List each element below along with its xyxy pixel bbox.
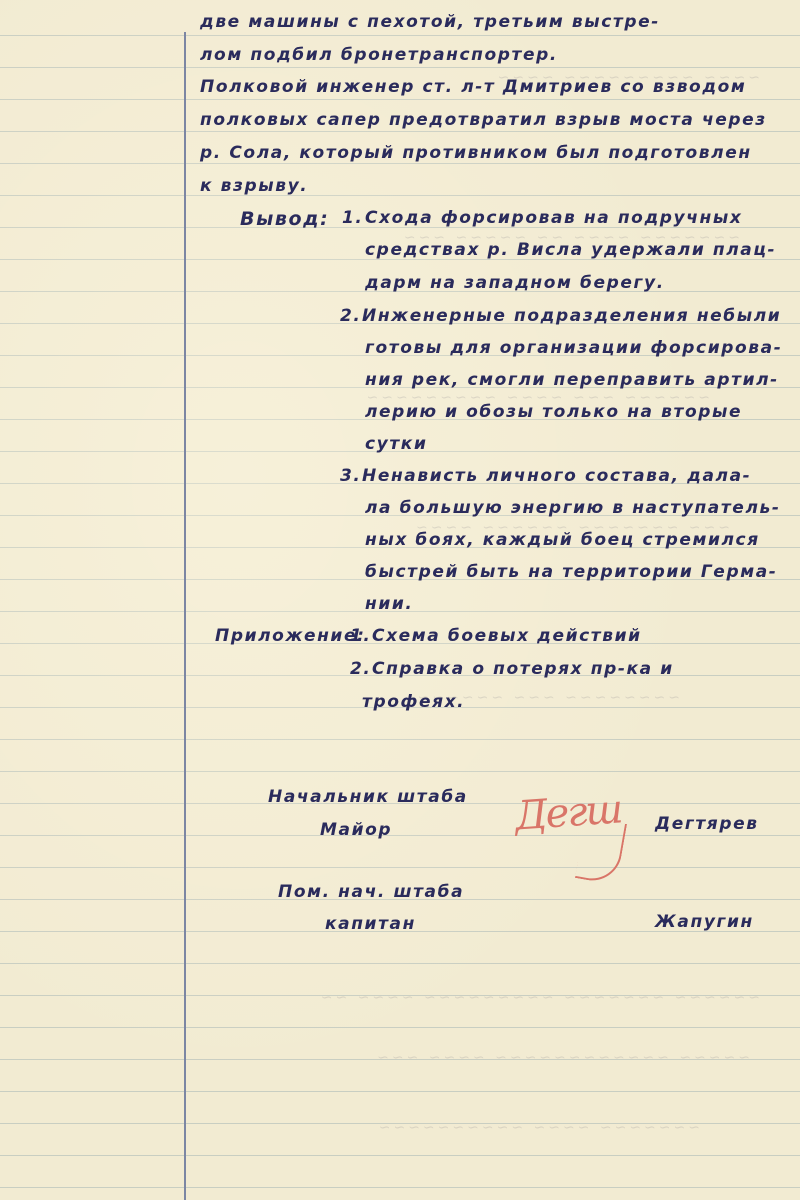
- body-line: к взрыву.: [200, 176, 308, 196]
- signatory-title: Пом. нач. штаба: [278, 882, 464, 902]
- conclusion-number: 2.: [340, 306, 362, 326]
- signatory-rank: Майор: [320, 820, 392, 840]
- appendix-line: Справка о потерях пр-ка и: [372, 659, 674, 679]
- conclusion-line: лерию и обозы только на вторые: [365, 402, 742, 422]
- body-line: р. Сола, который противником был подгото…: [200, 143, 752, 163]
- conclusion-line: ния рек, смогли переправить артил-: [365, 370, 779, 390]
- conclusion-line: нии.: [365, 594, 413, 614]
- conclusion-number: 3.: [340, 466, 362, 486]
- appendix-line: Схема боевых действий: [372, 626, 642, 646]
- conclusion-line: средствах р. Висла удержали плац-: [365, 240, 776, 260]
- appendix-line: трофеях.: [362, 692, 465, 712]
- conclusion-line: быстрей быть на территории Герма-: [365, 562, 777, 582]
- appendix-label: Приложение:: [215, 626, 365, 646]
- signature-flourish: [575, 817, 627, 885]
- conclusion-line: Схода форсировав на подручных: [365, 208, 742, 228]
- body-line: две машины с пехотой, третьим выстре-: [200, 12, 660, 32]
- conclusion-line: Инженерные подразделения небыли: [362, 306, 781, 326]
- signatory-name: Жапугин: [655, 912, 754, 932]
- appendix-number: 1.: [350, 626, 372, 646]
- margin-rule: [184, 32, 186, 1200]
- body-line: Полковой инженер ст. л-т Дмитриев со взв…: [200, 77, 746, 97]
- conclusion-line: ла большую энергию в наступатель-: [365, 498, 781, 518]
- body-line: полковых сапер предотвратил взрыв моста …: [200, 110, 767, 130]
- conclusion-label: Вывод:: [240, 208, 329, 230]
- body-line: лом подбил бронетранспортер.: [200, 45, 558, 65]
- conclusion-line: дарм на западном берегу.: [365, 273, 665, 293]
- conclusion-line: ных боях, каждый боец стремился: [365, 530, 760, 550]
- appendix-number: 2.: [350, 659, 372, 679]
- conclusion-line: сутки: [365, 434, 427, 454]
- conclusion-number: 1.: [342, 208, 364, 228]
- signatory-rank: капитан: [325, 914, 416, 934]
- conclusion-line: готовы для организации форсирова-: [365, 338, 782, 358]
- conclusion-line: Ненависть личного состава, дала-: [362, 466, 751, 486]
- signatory-title: Начальник штаба: [268, 787, 468, 807]
- document-page: ~~~~ ~~~~~~~~~ ~~~~ ~~~~~~~ ~~~~ ~~ ~~~~…: [0, 0, 800, 1200]
- signatory-name: Дегтярев: [655, 814, 759, 834]
